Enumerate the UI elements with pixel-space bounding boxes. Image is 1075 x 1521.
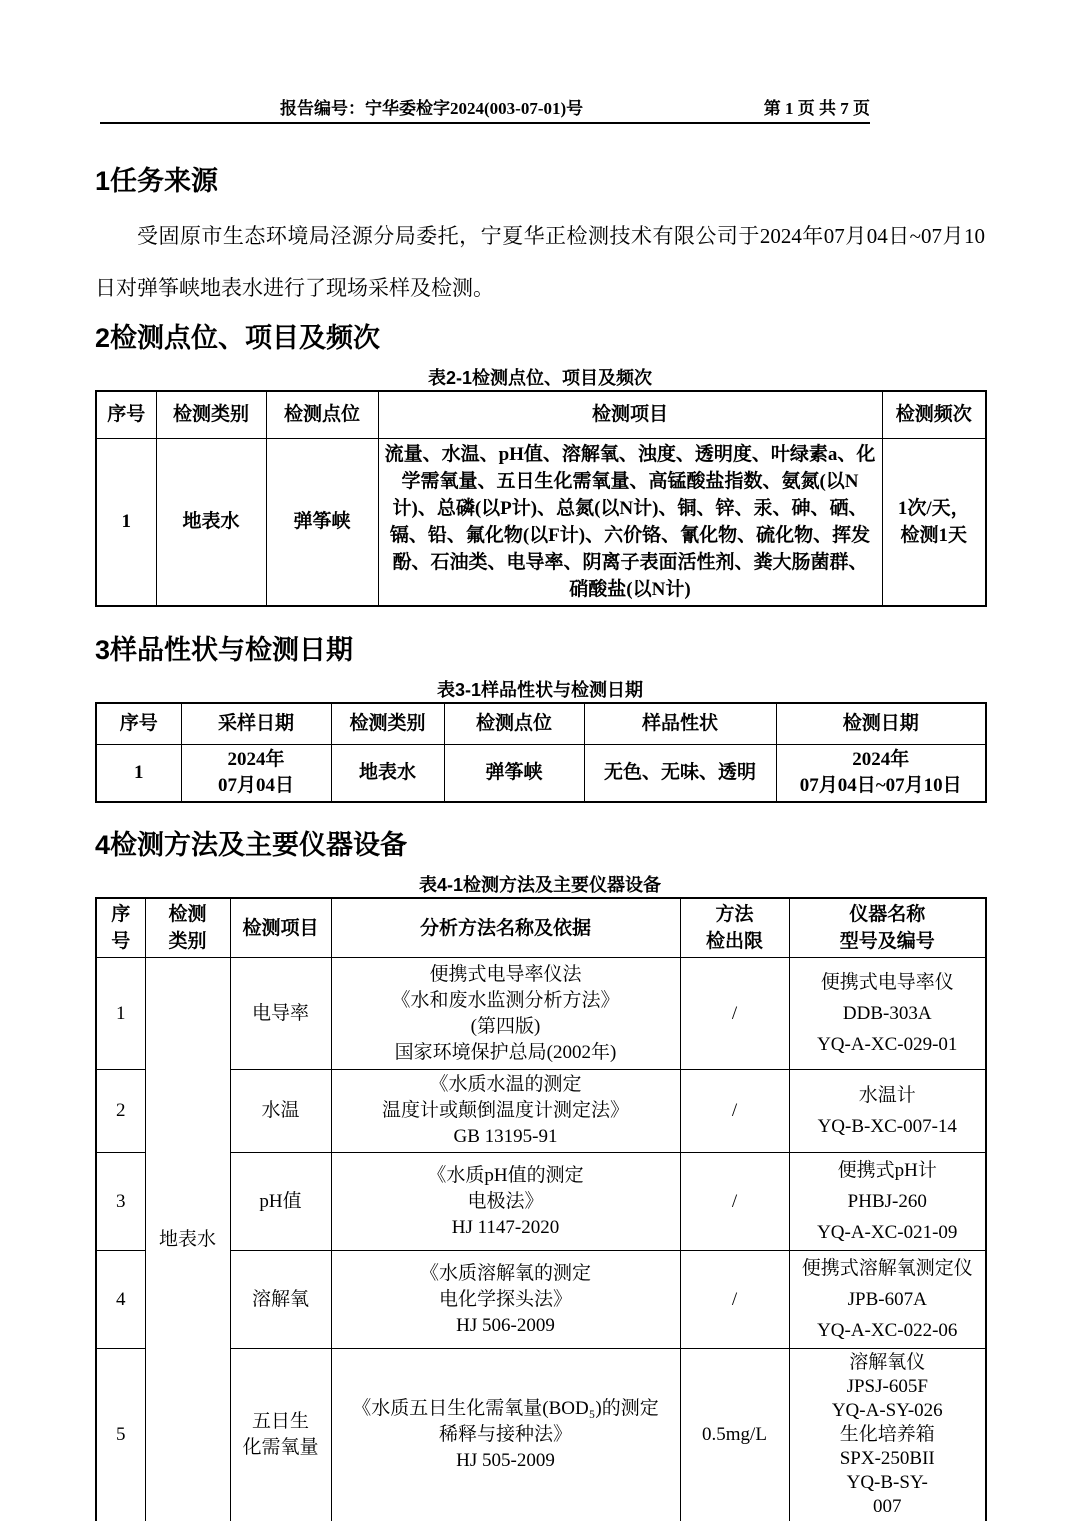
table3-col-test-date: 检测日期 [776, 703, 986, 745]
table4-col-no: 序 号 [96, 898, 145, 958]
table4-r5-limit: 0.5mg/L [680, 1349, 789, 1521]
table4-row-2: 2 水温 《水质水温的测定 温度计或颠倒温度计测定法》 GB 13195-91 … [96, 1070, 986, 1153]
table2-col-category: 检测类别 [156, 391, 266, 438]
table4-r5-no: 5 [96, 1349, 145, 1521]
table4-r1-method: 便携式电导率仪法 《水和废水监测分析方法》 (第四版) 国家环境保护总局(200… [331, 958, 680, 1070]
table4-r1-item: 电导率 [230, 958, 331, 1070]
table2-header-row: 序号 检测类别 检测点位 检测项目 检测频次 [96, 391, 986, 438]
table4-col-category: 检测 类别 [145, 898, 230, 958]
table4-col-item: 检测项目 [230, 898, 331, 958]
section1-heading: 1任务来源 [95, 165, 985, 197]
table3-caption: 表3-1样品性状与检测日期 [95, 678, 985, 702]
table3-row: 1 2024年 07月04日 地表水 弹筝峡 无色、无味、透明 2024年 07… [96, 745, 986, 803]
section2-heading: 2检测点位、项目及频次 [95, 322, 985, 354]
table4-row-3: 3 pH值 《水质pH值的测定 电极法》 HJ 1147-2020 / 便携式p… [96, 1153, 986, 1251]
table4-r3-instrument: 便携式pH计 PHBJ-260 YQ-A-XC-021-09 [789, 1153, 986, 1251]
table3-cell-no: 1 [96, 745, 181, 803]
table4-r2-instrument: 水温计 YQ-B-XC-007-14 [789, 1070, 986, 1153]
table3-cell-character: 无色、无味、透明 [584, 745, 776, 803]
table4-caption: 表4-1检测方法及主要仪器设备 [95, 873, 985, 897]
table2-cell-frequency: 1次/天， 检测1天 [882, 438, 986, 606]
page-indicator: 第 1 页 共 7 页 [764, 94, 870, 119]
section1-paragraph: 受固原市生态环境局泾源分局委托，宁夏华正检测技术有限公司于2024年07月04日… [95, 210, 985, 314]
table3-col-sampling-date: 采样日期 [181, 703, 331, 745]
section4-heading: 4检测方法及主要仪器设备 [95, 829, 985, 861]
table2-col-site: 检测点位 [266, 391, 378, 438]
table4-col-method: 分析方法名称及依据 [331, 898, 680, 958]
table2-caption: 表2-1检测点位、项目及频次 [95, 366, 985, 390]
table4-row-1: 1 地表水 电导率 便携式电导率仪法 《水和废水监测分析方法》 (第四版) 国家… [96, 958, 986, 1070]
table-monitoring-points: 序号 检测类别 检测点位 检测项目 检测频次 1 地表水 弹筝峡 流量、水温、p… [95, 390, 987, 607]
table4-r5-instrument: 溶解氧仪 JPSJ-605F YQ-A-SY-026 生化培养箱 SPX-250… [789, 1349, 986, 1521]
table3-header-row: 序号 采样日期 检测类别 检测点位 样品性状 检测日期 [96, 703, 986, 745]
table3-col-site: 检测点位 [444, 703, 584, 745]
table2-cell-items: 流量、水温、pH值、溶解氧、浊度、透明度、叶绿素a、化学需氧量、五日生化需氧量、… [378, 438, 882, 606]
table4-r2-item: 水温 [230, 1070, 331, 1153]
table4-r4-item: 溶解氧 [230, 1251, 331, 1349]
table4-col-limit: 方法 检出限 [680, 898, 789, 958]
table4-row-5: 5 五日生 化需氧量 《水质五日生化需氧量(BOD₅)的测定 稀释与接种法》 H… [96, 1349, 986, 1521]
table4-r3-no: 3 [96, 1153, 145, 1251]
table2-col-items: 检测项目 [378, 391, 882, 438]
document-body: 1任务来源 受固原市生态环境局泾源分局委托，宁夏华正检测技术有限公司于2024年… [95, 150, 985, 1521]
table4-header-row: 序 号 检测 类别 检测项目 分析方法名称及依据 方法 检出限 仪器名称 型号及… [96, 898, 986, 958]
table2-row: 1 地表水 弹筝峡 流量、水温、pH值、溶解氧、浊度、透明度、叶绿素a、化学需氧… [96, 438, 986, 606]
table4-r4-no: 4 [96, 1251, 145, 1349]
table4-r1-limit: / [680, 958, 789, 1070]
table4-category-cell: 地表水 [145, 958, 230, 1521]
table3-col-no: 序号 [96, 703, 181, 745]
table4-r5-item: 五日生 化需氧量 [230, 1349, 331, 1521]
table4-r4-instrument: 便携式溶解氧测定仪 JPB-607A YQ-A-XC-022-06 [789, 1251, 986, 1349]
table4-r1-no: 1 [96, 958, 145, 1070]
table2-col-no: 序号 [96, 391, 156, 438]
report-number: 报告编号：宁华委检字2024(003-07-01)号 [280, 94, 583, 119]
table4-col-instrument: 仪器名称 型号及编号 [789, 898, 986, 958]
table-methods-instruments: 序 号 检测 类别 检测项目 分析方法名称及依据 方法 检出限 仪器名称 型号及… [95, 897, 987, 1521]
table4-r4-method: 《水质溶解氧的测定 电化学探头法》 HJ 506-2009 [331, 1251, 680, 1349]
table3-cell-category: 地表水 [331, 745, 444, 803]
table2-cell-category: 地表水 [156, 438, 266, 606]
table2-col-frequency: 检测频次 [882, 391, 986, 438]
section3-heading: 3样品性状与检测日期 [95, 634, 985, 666]
table4-r2-limit: / [680, 1070, 789, 1153]
table4-r3-item: pH值 [230, 1153, 331, 1251]
table4-r5-method: 《水质五日生化需氧量(BOD₅)的测定 稀释与接种法》 HJ 505-2009 [331, 1349, 680, 1521]
table4-row-4: 4 溶解氧 《水质溶解氧的测定 电化学探头法》 HJ 506-2009 / 便携… [96, 1251, 986, 1349]
report-page: 报告编号：宁华委检字2024(003-07-01)号 第 1 页 共 7 页 1… [0, 0, 1075, 1521]
table3-col-character: 样品性状 [584, 703, 776, 745]
table3-cell-test-date: 2024年 07月04日~07月10日 [776, 745, 986, 803]
table4-r3-method: 《水质pH值的测定 电极法》 HJ 1147-2020 [331, 1153, 680, 1251]
table4-r4-limit: / [680, 1251, 789, 1349]
table4-r2-no: 2 [96, 1070, 145, 1153]
table2-cell-no: 1 [96, 438, 156, 606]
table3-cell-sampling-date: 2024年 07月04日 [181, 745, 331, 803]
table-sample-character: 序号 采样日期 检测类别 检测点位 样品性状 检测日期 1 2024年 07月0… [95, 702, 987, 804]
table2-cell-site: 弹筝峡 [266, 438, 378, 606]
table3-col-category: 检测类别 [331, 703, 444, 745]
page-header: 报告编号：宁华委检字2024(003-07-01)号 第 1 页 共 7 页 [100, 94, 870, 124]
table3-cell-site: 弹筝峡 [444, 745, 584, 803]
table4-r2-method: 《水质水温的测定 温度计或颠倒温度计测定法》 GB 13195-91 [331, 1070, 680, 1153]
table4-r1-instrument: 便携式电导率仪 DDB-303A YQ-A-XC-029-01 [789, 958, 986, 1070]
table4-r3-limit: / [680, 1153, 789, 1251]
